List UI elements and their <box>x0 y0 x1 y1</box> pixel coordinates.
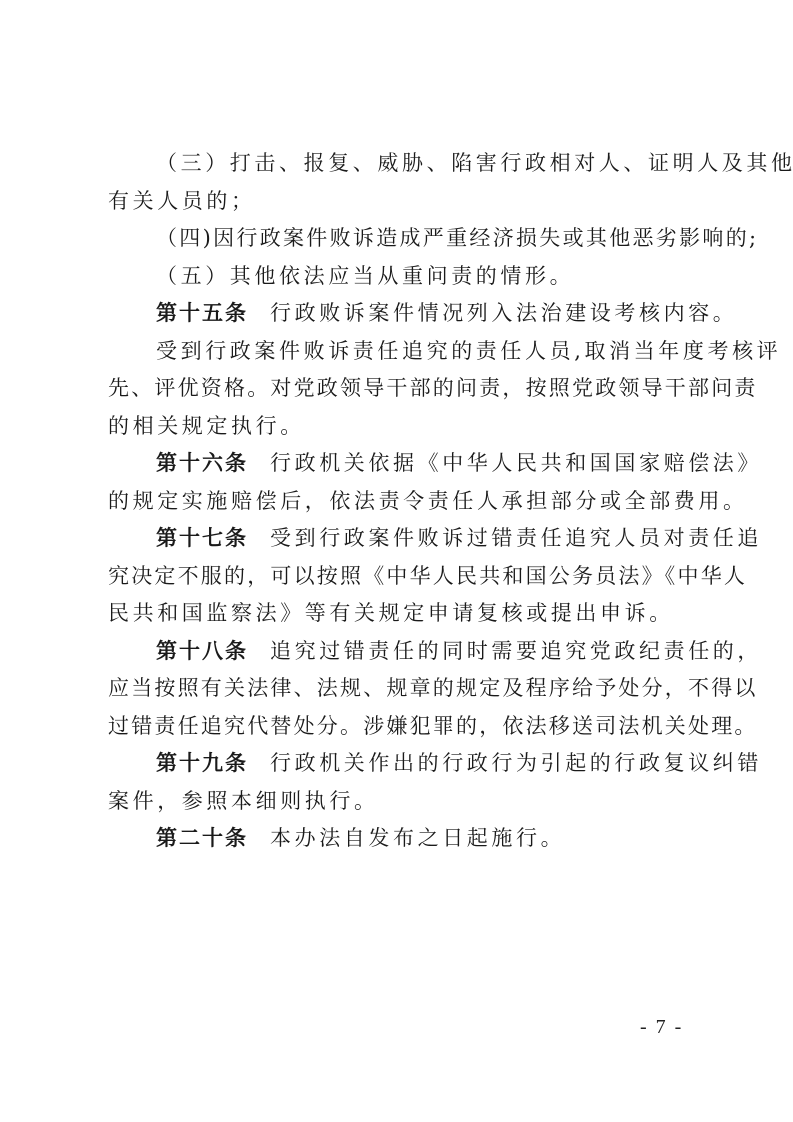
line-text: 行政败诉案件情况列入法治建设考核内容。 <box>270 301 737 325</box>
line-text: 受到行政案件败诉过错责任追究人员对责任追 <box>270 526 762 550</box>
text-line: （三）打击、报复、威胁、陷害行政相对人、证明人及其他 <box>108 145 698 183</box>
line-text: 行政机关依据《中华人民共和国国家赔偿法》 <box>270 451 762 475</box>
text-line: 究决定不服的，可以按照《中华人民共和国公务员法》《中华人 <box>108 558 698 596</box>
text-line: 的规定实施赔偿后，依法责令责任人承担部分或全部费用。 <box>108 483 698 521</box>
article-heading: 第二十条 <box>156 826 248 850</box>
line-text: 民共和国监察法》等有关规定申请复核或提出申诉。 <box>108 601 674 625</box>
text-line: （四)因行政案件败诉造成严重经济损失或其他恶劣影响的; <box>108 220 698 258</box>
text-line: 的相关规定执行。 <box>108 408 698 446</box>
line-text: 的规定实施赔偿后，依法责令责任人承担部分或全部费用。 <box>108 489 748 513</box>
text-line: （五）其他依法应当从重问责的情形。 <box>108 258 698 296</box>
page-number: - 7 - <box>640 1016 683 1039</box>
text-line: 受到行政案件败诉责任追究的责任人员,取消当年度考核评 <box>108 333 698 371</box>
document-page: （三）打击、报复、威胁、陷害行政相对人、证明人及其他 有关人员的； （四)因行政… <box>0 0 793 1122</box>
line-text: 的相关规定执行。 <box>108 414 305 438</box>
article-18: 第十八条追究过错责任的同时需要追究党政纪责任的， <box>108 633 698 671</box>
article-16: 第十六条行政机关依据《中华人民共和国国家赔偿法》 <box>108 445 698 483</box>
text-line: 有关人员的； <box>108 183 698 221</box>
line-text: 有关人员的； <box>108 189 256 213</box>
line-text: 行政机关作出的行政行为引起的行政复议纠错 <box>270 751 762 775</box>
line-text: 先、评优资格。对党政领导干部的问责，按照党政领导干部问责 <box>108 376 758 400</box>
article-heading: 第十七条 <box>156 526 248 550</box>
line-text: 究决定不服的，可以按照《中华人民共和国公务员法》《中华人 <box>108 564 747 588</box>
text-line: 先、评优资格。对党政领导干部的问责，按照党政领导干部问责 <box>108 370 698 408</box>
text-line: 应当按照有关法律、法规、规章的规定及程序给予处分，不得以 <box>108 670 698 708</box>
line-text: （四)因行政案件败诉造成严重经济损失或其他恶劣影响的; <box>156 226 758 250</box>
line-text: 本办法自发布之日起施行。 <box>270 826 565 850</box>
line-text: 应当按照有关法律、法规、规章的规定及程序给予处分，不得以 <box>108 676 758 700</box>
article-20: 第二十条本办法自发布之日起施行。 <box>108 820 698 858</box>
article-heading: 第十八条 <box>156 639 248 663</box>
article-15: 第十五条行政败诉案件情况列入法治建设考核内容。 <box>108 295 698 333</box>
article-heading: 第十六条 <box>156 451 248 475</box>
text-line: 案件，参照本细则执行。 <box>108 783 698 821</box>
line-text: （五）其他依法应当从重问责的情形。 <box>156 264 574 288</box>
document-body: （三）打击、报复、威胁、陷害行政相对人、证明人及其他 有关人员的； （四)因行政… <box>108 145 698 858</box>
line-text: 案件，参照本细则执行。 <box>108 789 379 813</box>
text-line: 民共和国监察法》等有关规定申请复核或提出申诉。 <box>108 595 698 633</box>
text-line: 过错责任追究代替处分。涉嫌犯罪的，依法移送司法机关处理。 <box>108 708 698 746</box>
line-text: 过错责任追究代替处分。涉嫌犯罪的，依法移送司法机关处理。 <box>108 714 758 738</box>
line-text: （三）打击、报复、威胁、陷害行政相对人、证明人及其他 <box>156 151 793 175</box>
article-heading: 第十五条 <box>156 301 248 325</box>
article-17: 第十七条受到行政案件败诉过错责任追究人员对责任追 <box>108 520 698 558</box>
line-text: 受到行政案件败诉责任追究的责任人员,取消当年度考核评 <box>156 339 781 363</box>
article-heading: 第十九条 <box>156 751 248 775</box>
article-19: 第十九条行政机关作出的行政行为引起的行政复议纠错 <box>108 745 698 783</box>
line-text: 追究过错责任的同时需要追究党政纪责任的， <box>270 639 762 663</box>
